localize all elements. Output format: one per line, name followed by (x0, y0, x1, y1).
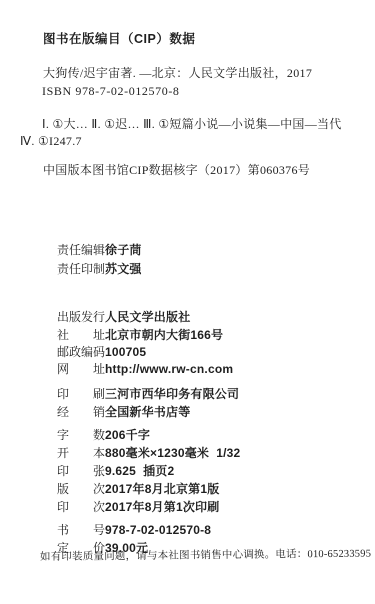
quality-notice: 如有印装质量问题，请与本社图书销售中心调换。电话：010-65233595 (40, 546, 371, 566)
cip-classification-line1: Ⅰ. ①大… Ⅱ. ①迟… Ⅲ. ①短篇小说—小说集—中国—当代 (42, 116, 342, 133)
cip-entry: 大狗传/迟宇宙著. —北京：人民文学出版社，2017 (43, 65, 312, 82)
cip-record-number: 中国版本图书馆CIP数据核字（2017）第060376号 (43, 162, 310, 179)
copyright-page: 图书在版编目（CIP）数据 大狗传/迟宇宙著. —北京：人民文学出版社，2017… (0, 0, 375, 604)
cip-classification-line2: Ⅳ. ①I247.7 (20, 133, 82, 150)
staff-row-printing-supervisor: 责任印制苏文强 (45, 244, 142, 295)
cip-title: 图书在版编目（CIP）数据 (43, 31, 195, 48)
cip-isbn: ISBN 978-7-02-012570-8 (42, 83, 180, 100)
field-label: 责任印制 (57, 261, 105, 278)
field-value: 苏文强 (105, 261, 142, 278)
